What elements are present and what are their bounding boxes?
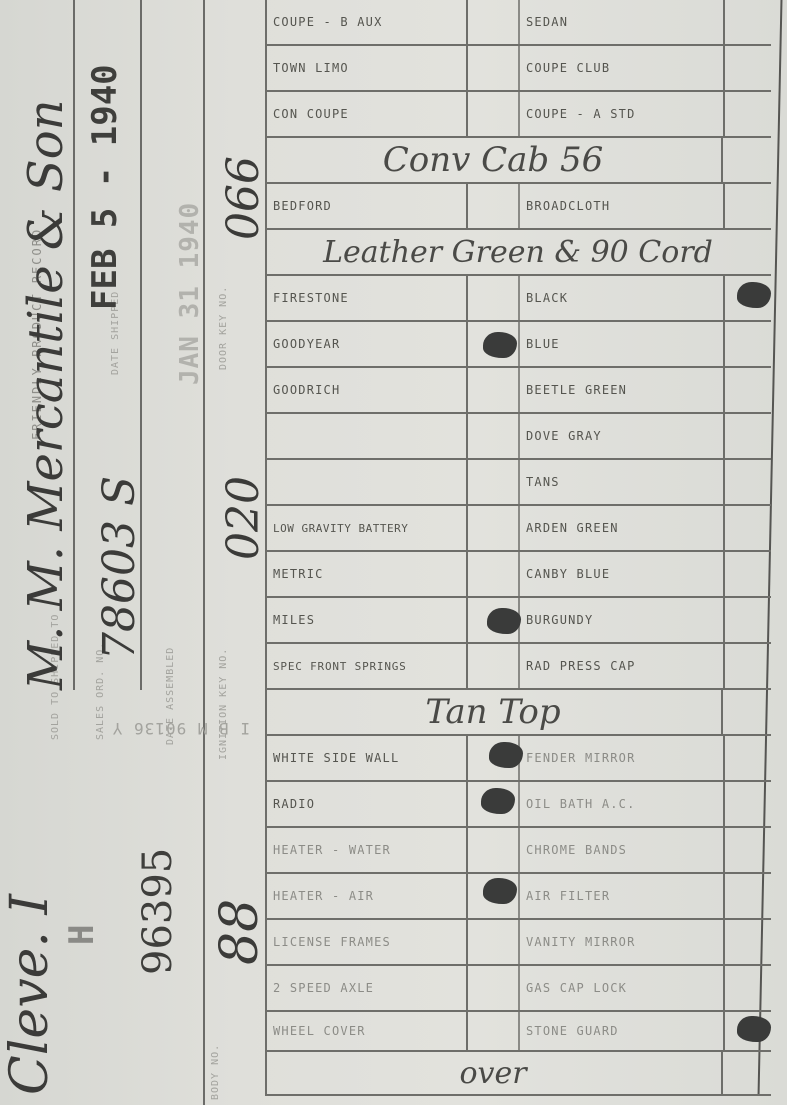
option-label: GOODYEAR xyxy=(273,337,340,351)
option-label: HEATER - WATER xyxy=(273,843,391,857)
handwritten-note: Tan Top xyxy=(265,690,723,734)
option-right[interactable]: BEETLE GREEN xyxy=(518,368,723,412)
option-label: COUPE CLUB xyxy=(526,61,610,75)
option-label: ARDEN GREEN xyxy=(526,521,619,535)
option-label: BLACK xyxy=(526,291,568,305)
option-label: LICENSE FRAMES xyxy=(273,935,391,949)
table-row: CON COUPE COUPE - A STD xyxy=(265,92,771,138)
table-row-note: Conv Cab 56 xyxy=(265,138,771,184)
option-left[interactable]: MILES xyxy=(265,598,468,642)
option-right-box[interactable] xyxy=(723,874,771,918)
option-label: GAS CAP LOCK xyxy=(526,981,627,995)
option-right[interactable]: RAD PRESS CAP xyxy=(518,644,723,688)
table-row: LOW GRAVITY BATTERY ARDEN GREEN xyxy=(265,506,771,552)
option-right-box[interactable] xyxy=(723,552,771,596)
option-right[interactable]: ARDEN GREEN xyxy=(518,506,723,550)
option-left[interactable]: LICENSE FRAMES xyxy=(265,920,468,964)
option-right-box[interactable] xyxy=(723,506,771,550)
check-mark-icon xyxy=(737,282,771,308)
option-left[interactable]: GOODRICH xyxy=(265,368,468,412)
option-right[interactable]: BURGUNDY xyxy=(518,598,723,642)
option-right[interactable]: BLUE xyxy=(518,322,723,366)
option-right-box[interactable] xyxy=(723,644,771,688)
option-right[interactable]: GAS CAP LOCK xyxy=(518,966,723,1010)
check-mark-icon xyxy=(481,788,515,814)
option-left[interactable]: CON COUPE xyxy=(265,92,468,136)
option-left-box[interactable] xyxy=(468,1012,518,1050)
option-left[interactable]: FIRESTONE xyxy=(265,276,468,320)
option-label: FENDER MIRROR xyxy=(526,751,636,765)
table-row: TANS xyxy=(265,460,771,506)
option-right[interactable]: COUPE - A STD xyxy=(518,92,723,136)
option-right[interactable]: BROADCLOTH xyxy=(518,184,723,228)
door-key-label: DOOR KEY NO. xyxy=(218,286,229,370)
option-left[interactable]: WHITE SIDE WALL xyxy=(265,736,468,780)
options-table: COUPE - B AUX SEDAN TOWN LIMO COUPE CLUB… xyxy=(265,0,771,1096)
option-right[interactable]: TANS xyxy=(518,460,723,504)
table-row: GOODRICH BEETLE GREEN xyxy=(265,368,771,414)
option-label: COUPE - A STD xyxy=(526,107,636,121)
option-right[interactable]: COUPE CLUB xyxy=(518,46,723,90)
table-row: SPEC FRONT SPRINGS RAD PRESS CAP xyxy=(265,644,771,690)
option-left[interactable]: 2 SPEED AXLE xyxy=(265,966,468,1010)
option-right-box[interactable] xyxy=(723,920,771,964)
model-handwritten: Cleve. I xyxy=(0,894,60,1095)
option-left[interactable]: METRIC xyxy=(265,552,468,596)
option-right[interactable]: CANBY BLUE xyxy=(518,552,723,596)
sales-order-value: 78603 S xyxy=(94,476,145,660)
table-row-note: Tan Top xyxy=(265,690,771,736)
option-left[interactable]: BEDFORD xyxy=(265,184,468,228)
table-row: HEATER - WATER CHROME BANDS xyxy=(265,828,771,874)
ignition-key-value: 020 xyxy=(218,476,269,560)
door-key-value: 066 xyxy=(218,156,269,240)
option-left-box[interactable] xyxy=(468,506,518,550)
option-label: AIR FILTER xyxy=(526,889,610,903)
option-left-box[interactable] xyxy=(468,276,518,320)
option-label: RADIO xyxy=(273,797,315,811)
body-number-label: BODY NO. xyxy=(210,1044,221,1100)
option-left[interactable]: COUPE - B AUX xyxy=(265,0,468,44)
option-left-box[interactable] xyxy=(468,92,518,136)
table-row: DOVE GRAY xyxy=(265,414,771,460)
trim-value: 88 xyxy=(210,899,270,965)
option-left[interactable] xyxy=(265,460,468,504)
option-right[interactable]: AIR FILTER xyxy=(518,874,723,918)
table-row: TOWN LIMO COUPE CLUB xyxy=(265,46,771,92)
table-row: WHEEL COVER STONE GUARD xyxy=(265,1012,771,1052)
option-label: HEATER - AIR xyxy=(273,889,374,903)
option-left-box[interactable] xyxy=(468,828,518,872)
option-label: TANS xyxy=(526,475,560,489)
option-right[interactable]: VANITY MIRROR xyxy=(518,920,723,964)
table-row: BEDFORD BROADCLOTH xyxy=(265,184,771,230)
option-right-box[interactable] xyxy=(723,460,771,504)
date-shipped-value: FEB 5 - 1940 xyxy=(85,64,125,310)
check-mark-icon xyxy=(483,332,517,358)
stub-rule-3 xyxy=(203,0,205,1105)
option-left-box[interactable] xyxy=(468,368,518,412)
option-right-box[interactable] xyxy=(723,966,771,1010)
ignition-key-label: IGNITION KEY NO. xyxy=(218,648,229,760)
table-row: METRIC CANBY BLUE xyxy=(265,552,771,598)
option-right-box[interactable] xyxy=(723,184,771,228)
handwritten-note: over xyxy=(265,1052,723,1094)
option-label: CANBY BLUE xyxy=(526,567,610,581)
option-label: DOVE GRAY xyxy=(526,429,602,443)
option-label: FIRESTONE xyxy=(273,291,349,305)
option-label: COUPE - B AUX xyxy=(273,15,383,29)
option-label: BEDFORD xyxy=(273,199,332,213)
option-label: MILES xyxy=(273,613,315,627)
option-label: 2 SPEED AXLE xyxy=(273,981,374,995)
table-row: GOODYEAR BLUE xyxy=(265,322,771,368)
option-left[interactable]: WHEEL COVER xyxy=(265,1012,468,1050)
option-label: VANITY MIRROR xyxy=(526,935,636,949)
option-right-box[interactable] xyxy=(723,322,771,366)
table-row: 2 SPEED AXLE GAS CAP LOCK xyxy=(265,966,771,1012)
option-right-box[interactable] xyxy=(723,92,771,136)
option-right[interactable]: CHROME BANDS xyxy=(518,828,723,872)
option-label: SEDAN xyxy=(526,15,568,29)
option-right-box[interactable] xyxy=(723,828,771,872)
option-right[interactable]: SEDAN xyxy=(518,0,723,44)
option-label: WHITE SIDE WALL xyxy=(273,751,399,765)
option-label: SPEC FRONT SPRINGS xyxy=(273,660,407,673)
table-row-note: over xyxy=(265,1052,771,1096)
option-left-box[interactable] xyxy=(468,966,518,1010)
option-right[interactable]: DOVE GRAY xyxy=(518,414,723,458)
option-right[interactable]: STONE GUARD xyxy=(518,1012,723,1050)
table-row: FIRESTONE BLACK xyxy=(265,276,771,322)
option-right-box[interactable] xyxy=(723,782,771,826)
option-right-box[interactable] xyxy=(723,368,771,412)
body-number-value: 96395 xyxy=(135,848,181,975)
option-right-box[interactable] xyxy=(723,736,771,780)
option-label: STONE GUARD xyxy=(526,1024,619,1038)
option-left[interactable] xyxy=(265,414,468,458)
option-right[interactable]: FENDER MIRROR xyxy=(518,736,723,780)
option-label: BLUE xyxy=(526,337,560,351)
table-row-note: Leather Green & 90 Cord xyxy=(265,230,771,276)
option-right-box[interactable] xyxy=(723,138,771,182)
option-left-box[interactable] xyxy=(468,552,518,596)
check-mark-icon xyxy=(737,1016,771,1042)
option-left[interactable]: LOW GRAVITY BATTERY xyxy=(265,506,468,550)
table-row: HEATER - AIR AIR FILTER xyxy=(265,874,771,920)
check-mark-icon xyxy=(487,608,521,634)
option-right[interactable]: OIL BATH A.C. xyxy=(518,782,723,826)
option-left-box[interactable] xyxy=(468,644,518,688)
serial-stamp: I B M 90136 Y xyxy=(112,719,250,738)
option-left-box[interactable] xyxy=(468,460,518,504)
option-label: METRIC xyxy=(273,567,324,581)
option-label: WHEEL COVER xyxy=(273,1024,366,1038)
option-left-box[interactable] xyxy=(468,920,518,964)
option-right-box[interactable] xyxy=(723,414,771,458)
option-left[interactable]: GOODYEAR xyxy=(265,322,468,366)
option-right-box[interactable] xyxy=(723,598,771,642)
date-assembled-stamp: JAN 31 1940 xyxy=(175,202,205,385)
option-label: TOWN LIMO xyxy=(273,61,349,75)
option-right-box[interactable] xyxy=(723,690,771,734)
check-mark-icon xyxy=(483,878,517,904)
option-right[interactable]: BLACK xyxy=(518,276,723,320)
option-label: BEETLE GREEN xyxy=(526,383,627,397)
option-label: LOW GRAVITY BATTERY xyxy=(273,522,408,535)
option-left[interactable]: SPEC FRONT SPRINGS xyxy=(265,644,468,688)
handwritten-note: Leather Green & 90 Cord xyxy=(265,230,771,274)
option-left[interactable]: TOWN LIMO xyxy=(265,46,468,90)
option-left-box[interactable] xyxy=(468,0,518,44)
option-left-box[interactable] xyxy=(468,184,518,228)
table-row: RADIO OIL BATH A.C. xyxy=(265,782,771,828)
option-label: GOODRICH xyxy=(273,383,340,397)
table-row: COUPE - B AUX SEDAN xyxy=(265,0,771,46)
option-right-box[interactable] xyxy=(723,0,771,44)
sold-to-value: M. M. Mercantile & Son xyxy=(18,99,74,690)
body-prefix: H xyxy=(62,925,102,945)
option-label: CON COUPE xyxy=(273,107,349,121)
option-label: BURGUNDY xyxy=(526,613,593,627)
handwritten-note: Conv Cab 56 xyxy=(265,138,723,182)
option-left[interactable]: HEATER - AIR xyxy=(265,874,468,918)
option-left[interactable]: RADIO xyxy=(265,782,468,826)
check-mark-icon xyxy=(489,742,523,768)
option-left[interactable]: HEATER - WATER xyxy=(265,828,468,872)
option-right-box[interactable] xyxy=(723,46,771,90)
option-left-box[interactable] xyxy=(468,46,518,90)
table-row: LICENSE FRAMES VANITY MIRROR xyxy=(265,920,771,966)
option-label: BROADCLOTH xyxy=(526,199,610,213)
option-right-box[interactable] xyxy=(723,1052,771,1094)
option-label: OIL BATH A.C. xyxy=(526,797,636,811)
product-record-card: FRIENDLY PRODUCT RECORD SOLD TO SHIPPED … xyxy=(0,0,787,1105)
option-label: CHROME BANDS xyxy=(526,843,627,857)
option-left-box[interactable] xyxy=(468,414,518,458)
option-label: RAD PRESS CAP xyxy=(526,659,636,673)
